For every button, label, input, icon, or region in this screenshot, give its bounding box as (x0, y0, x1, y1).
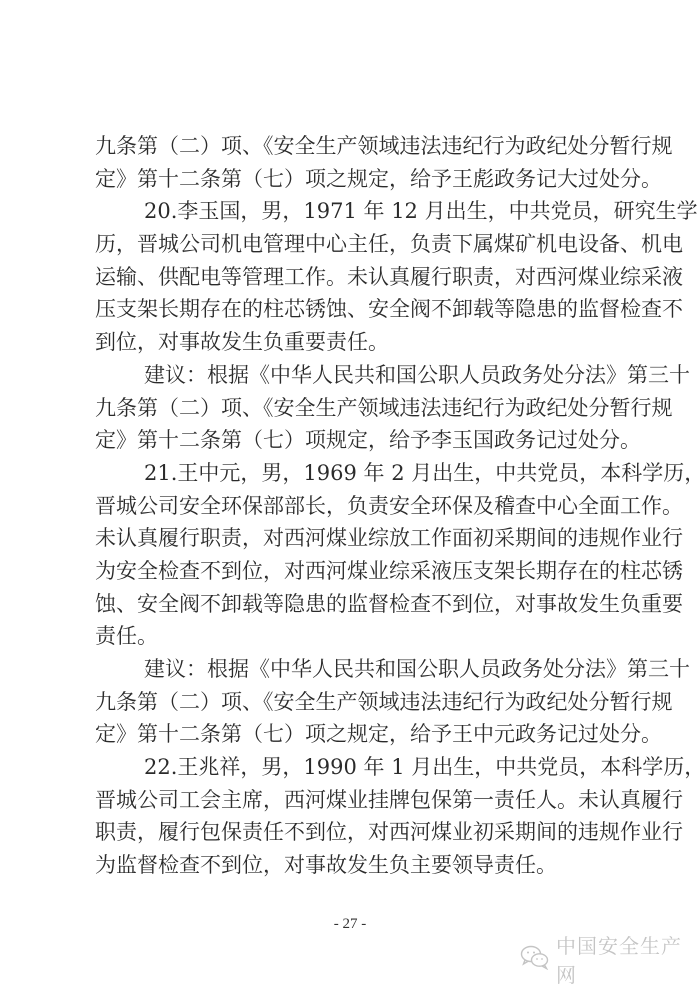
text-line: 20.李玉国，男，1971 年 12 月出生，中共党员，研究生学 (95, 195, 615, 228)
text-line: 定》第十二条第（七）项之规定，给予王中元政务记过处分。 (95, 718, 615, 751)
document-body: 九条第（二）项、《安全生产领域违法违纪行为政纪处分暂行规 定》第十二条第（七）项… (95, 130, 615, 882)
text-line: 运输、供配电等管理工作。未认真履行职责，对西河煤业综采液 (95, 261, 615, 294)
text-line: 职责，履行包保责任不到位，对西河煤业初采期间的违规作业行 (95, 816, 615, 849)
text-line: 九条第（二）项、《安全生产领域违法违纪行为政纪处分暂行规 (95, 392, 615, 425)
text-line: 为安全检查不到位，对西河煤业综采液压支架长期存在的柱芯锈 (95, 555, 615, 588)
text-line: 九条第（二）项、《安全生产领域违法违纪行为政纪处分暂行规 (95, 686, 615, 719)
text-line: 到位，对事故发生负重要责任。 (95, 326, 615, 359)
document-page: 九条第（二）项、《安全生产领域违法违纪行为政纪处分暂行规 定》第十二条第（七）项… (0, 0, 700, 990)
text-line: 21.王中元，男，1969 年 2 月出生，中共党员，本科学历， (95, 457, 615, 490)
text-line: 蚀、安全阀不卸载等隐患的监督检查不到位，对事故发生负重要 (95, 588, 615, 621)
watermark-text: 中国安全生产网 (556, 930, 700, 988)
text-line: 晋城公司安全环保部部长，负责安全环保及稽查中心全面工作。 (95, 490, 615, 523)
watermark: 中国安全生产网 (520, 944, 700, 974)
text-line: 定》第十二条第（七）项规定，给予李玉国政务记过处分。 (95, 424, 615, 457)
wechat-icon (520, 944, 556, 975)
text-line: 历，晋城公司机电管理中心主任，负责下属煤矿机电设备、机电 (95, 228, 615, 261)
text-line: 责任。 (95, 620, 615, 653)
text-line: 建议：根据《中华人民共和国公职人员政务处分法》第三十 (95, 359, 615, 392)
text-line: 定》第十二条第（七）项之规定，给予王彪政务记大过处分。 (95, 163, 615, 196)
text-line: 22.王兆祥，男，1990 年 1 月出生，中共党员，本科学历， (95, 751, 615, 784)
text-line: 为监督检查不到位，对事故发生负主要领导责任。 (95, 849, 615, 882)
text-line: 晋城公司工会主席，西河煤业挂牌包保第一责任人。未认真履行 (95, 784, 615, 817)
text-line: 九条第（二）项、《安全生产领域违法违纪行为政纪处分暂行规 (95, 130, 615, 163)
text-line: 建议：根据《中华人民共和国公职人员政务处分法》第三十 (95, 653, 615, 686)
text-line: 压支架长期存在的柱芯锈蚀、安全阀不卸载等隐患的监督检查不 (95, 293, 615, 326)
text-line: 未认真履行职责，对西河煤业综放工作面初采期间的违规作业行 (95, 522, 615, 555)
